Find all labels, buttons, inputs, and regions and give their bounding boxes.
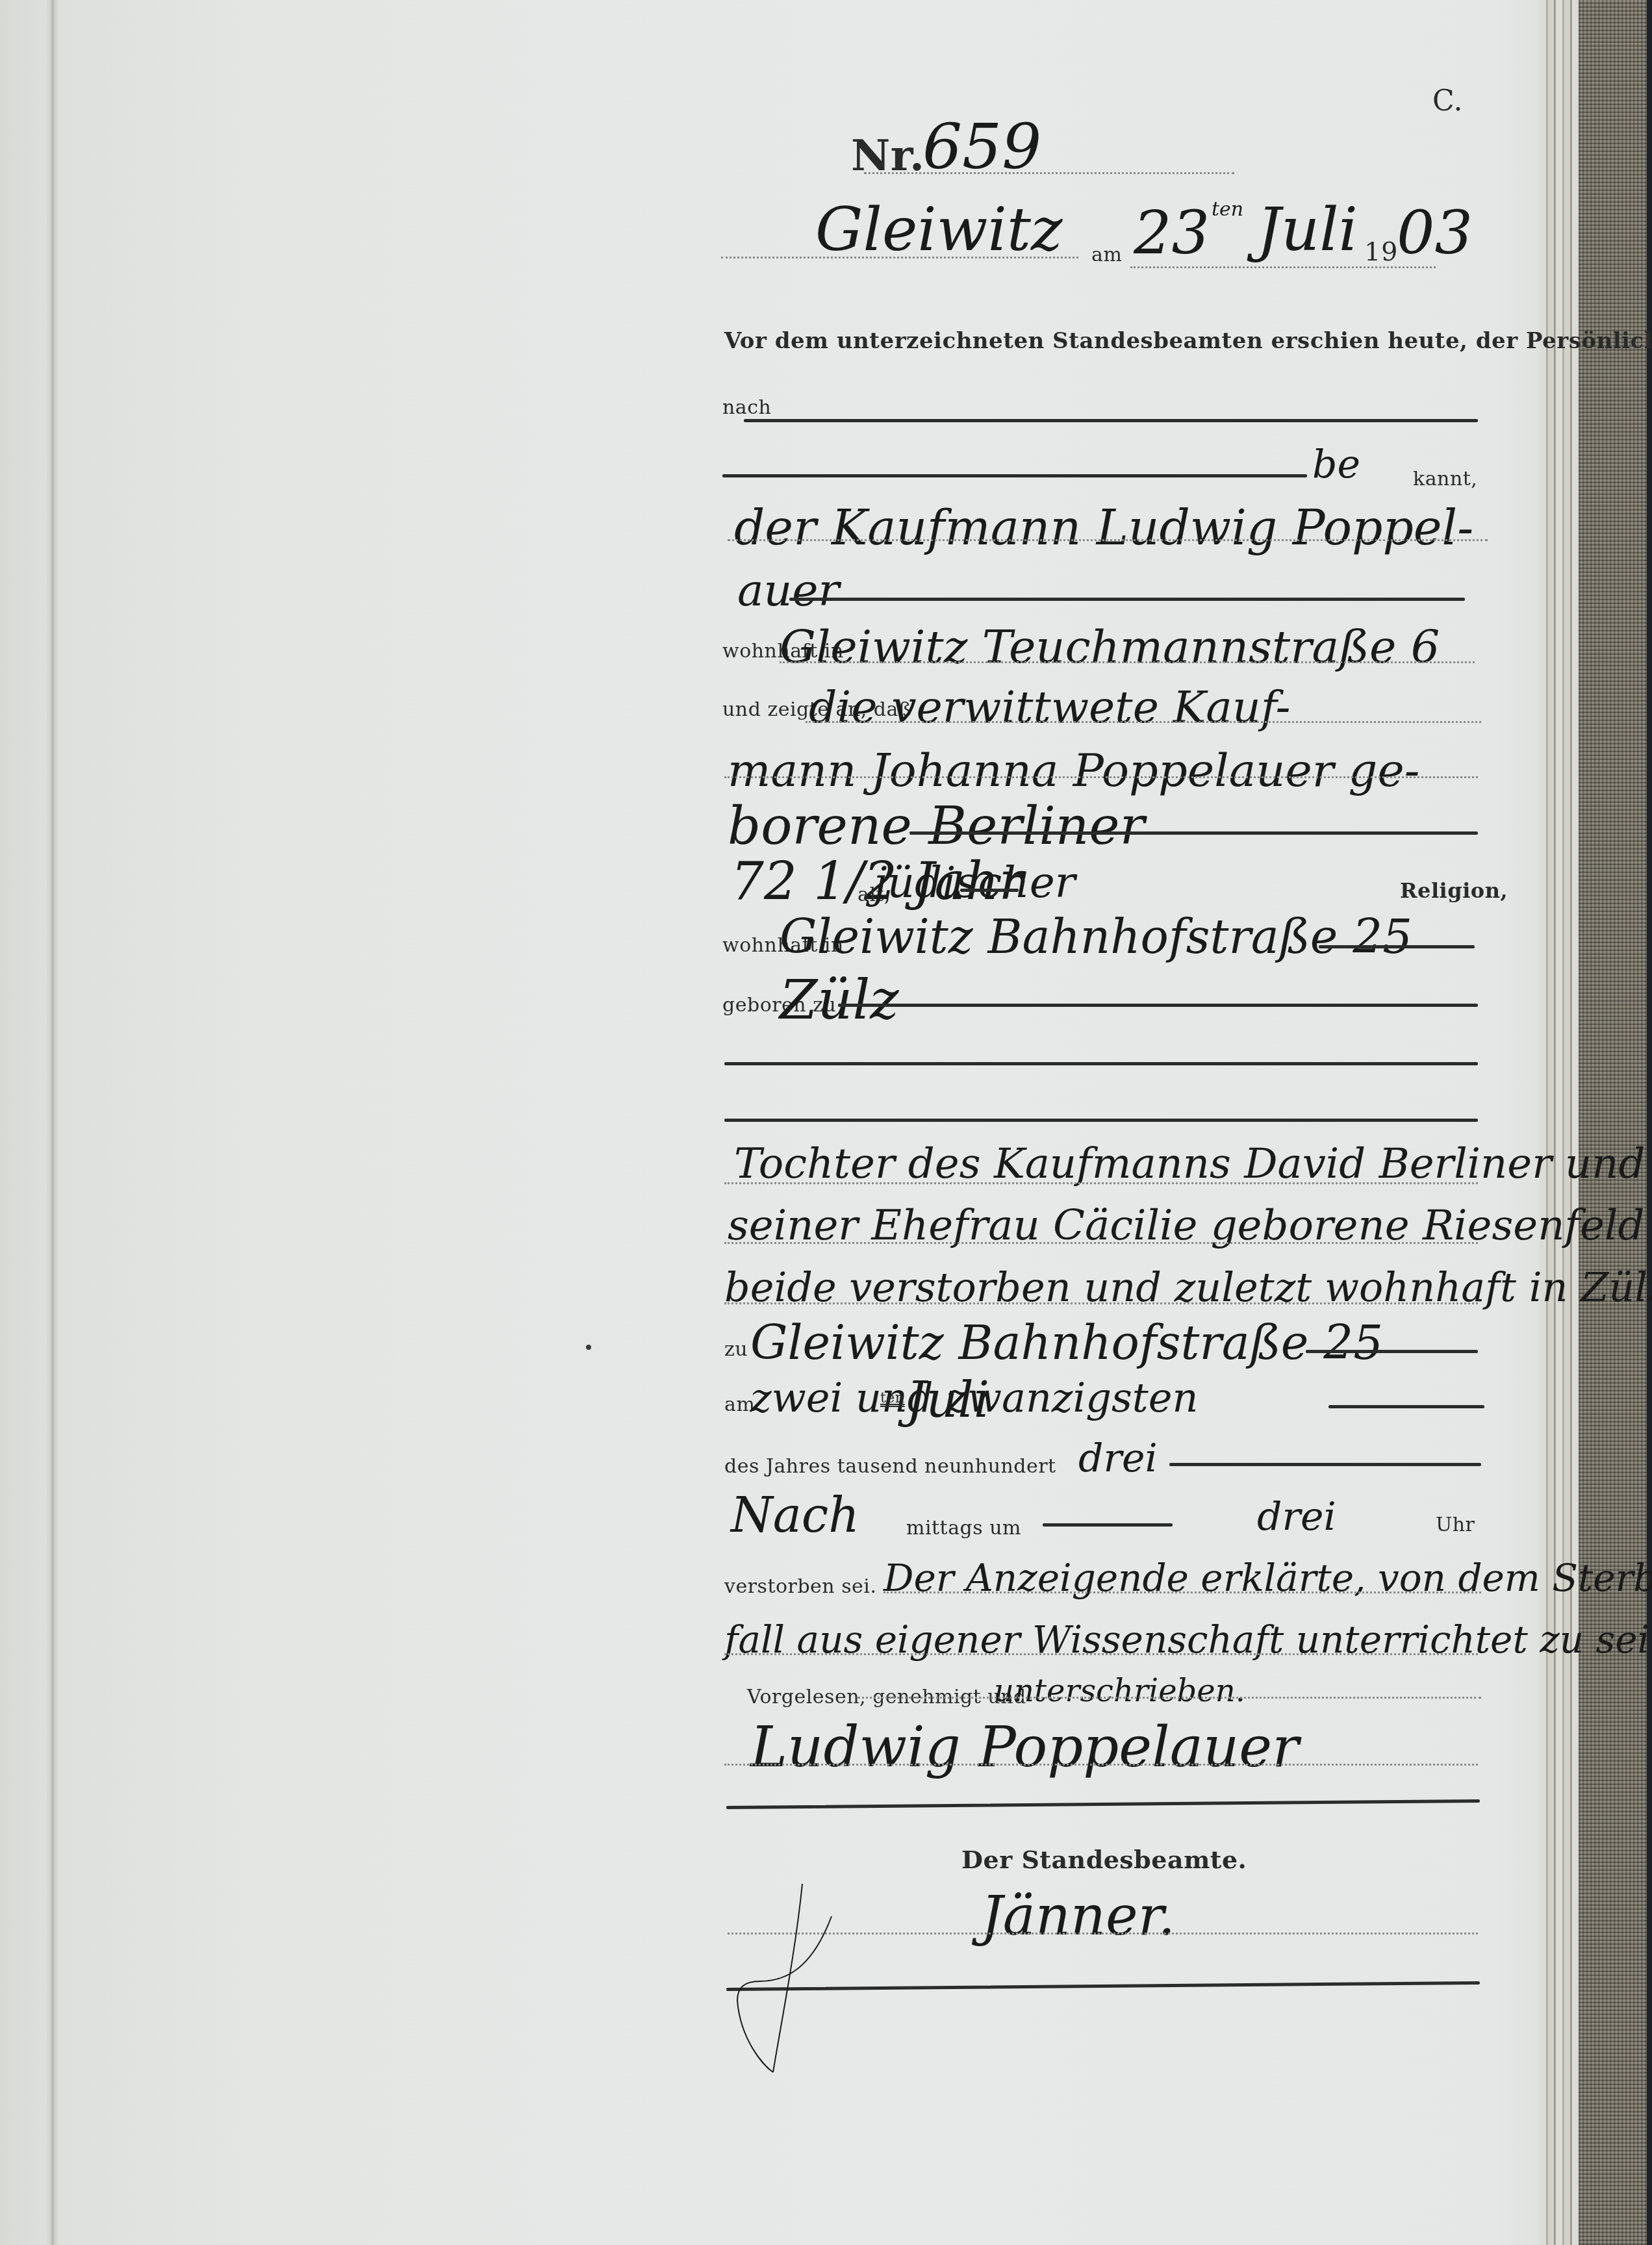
time-prefix: Nach [731, 1488, 859, 1543]
deceased-line1: die verwittwete Kauf- [809, 682, 1290, 733]
kannt-label: kannt, [1413, 468, 1477, 490]
registrar-signature: Jänner. [981, 1884, 1175, 1947]
deceased-residence-rule [1319, 945, 1475, 948]
registrar-signature-flourish [734, 1871, 903, 2085]
nach-rule [744, 419, 1478, 422]
death-place-rule [1306, 1350, 1478, 1353]
place: Gleiwitz [815, 195, 1062, 264]
record-number-underline [864, 172, 1234, 174]
death-hour-words: drei [1257, 1494, 1336, 1540]
deceased-line2-dots [724, 776, 1478, 778]
blank-rule-1 [724, 1062, 1478, 1065]
year-prefix: 19 [1364, 237, 1398, 267]
informant-residence-dots [780, 661, 1475, 663]
hour-blank-rule [1043, 1523, 1173, 1527]
unterschrieben-hand: unterschrieben. [994, 1673, 1245, 1709]
informant-line1-dots [728, 539, 1488, 541]
death-month-rule [1328, 1405, 1484, 1408]
ten-label: ten [880, 1390, 905, 1406]
date-am-label: am [1091, 244, 1122, 266]
informant-line1: der Kaufmann Ludwig Poppel- [734, 500, 1473, 556]
religion-rule [960, 889, 1019, 892]
gutter-fold [51, 0, 55, 2245]
place-underline [721, 257, 1078, 259]
deceased-line2: mann Johanna Poppelauer ge- [728, 744, 1419, 797]
death-place: Gleiwitz Bahnhofstraße 25 [750, 1315, 1383, 1370]
informant-signature-dots [724, 1764, 1478, 1766]
deceased-residence: Gleiwitz Bahnhofstraße 25 [780, 909, 1412, 964]
parents-line3-dots [724, 1302, 1478, 1304]
deceased-line3: borene Berliner [728, 796, 1145, 856]
blank-rule-2 [724, 1119, 1478, 1122]
birthplace: Zülz [780, 968, 899, 1032]
form-letter: C. [1432, 84, 1463, 118]
registrar-label: Der Standesbeamte. [961, 1845, 1247, 1874]
death-month: Juli [906, 1371, 989, 1428]
informant-signature: Ludwig Poppelauer [750, 1715, 1299, 1780]
ink-speck [586, 1345, 591, 1350]
declaration-line2-dots [724, 1653, 1478, 1655]
intro-line: Vor dem unterzeichneten Standesbeamten e… [724, 328, 1652, 354]
birthplace-rule [838, 1004, 1478, 1007]
religion-label: Religion, [1400, 878, 1508, 903]
parents-line2-dots [724, 1242, 1478, 1244]
mittags-label: mittags um [906, 1517, 1021, 1540]
declaration-line1-dots [883, 1592, 1481, 1593]
year-suffix: 03 [1397, 198, 1473, 268]
deceased-line3-rule [909, 831, 1478, 835]
informant-residence: Gleiwitz Teuchmannstraße 6 [780, 620, 1440, 674]
religion-value: jüdischer [874, 857, 1075, 907]
death-year-rule [1169, 1463, 1481, 1466]
date-day-suffix: ten [1212, 198, 1243, 221]
bekannt-prefix: be [1312, 442, 1360, 487]
date-month: Juli [1257, 195, 1358, 264]
deceased-line1-dots [806, 721, 1481, 723]
verstorben-label: verstorben sei. [724, 1575, 877, 1598]
parents-line1-dots [724, 1182, 1478, 1184]
informant-line2-rule [789, 598, 1465, 601]
informant-line2: auer [737, 565, 839, 616]
zu-label: zu [724, 1338, 748, 1361]
parents-line1: Tochter des Kaufmanns David Berliner und [734, 1140, 1646, 1188]
death-year-words: drei [1078, 1436, 1158, 1481]
date-day: 23 [1134, 198, 1210, 268]
uhr-label: Uhr [1436, 1514, 1475, 1536]
nach-label: nach [722, 396, 771, 419]
bekannt-rule [722, 474, 1307, 477]
date-underline [1130, 266, 1436, 268]
vorgelesen-dots [858, 1697, 1481, 1699]
year-label: des Jahres tausend neunhundert [724, 1455, 1056, 1478]
